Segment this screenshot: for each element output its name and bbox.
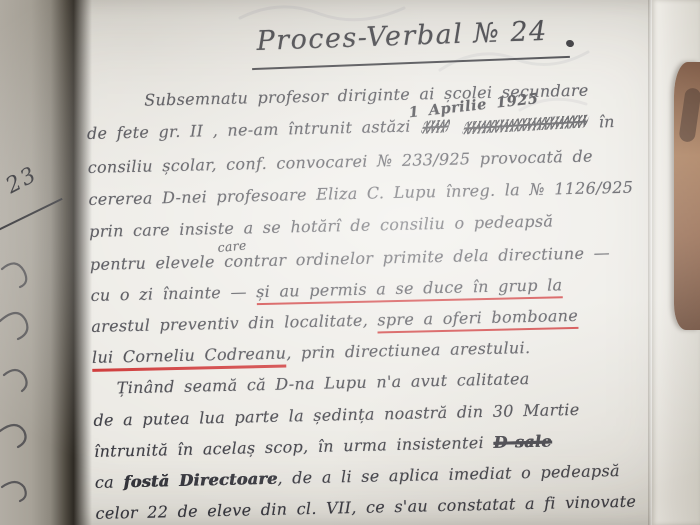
handwritten-line: consiliu școlar, conf. convocarei № 233/… <box>87 147 593 177</box>
line-text: contrar ordinelor primite dela directiun… <box>224 243 610 271</box>
handwritten-line: pentru elevele contrar ordinelor primite… <box>90 243 610 274</box>
line-text: în <box>599 112 615 131</box>
document-body: Subsemnatu profesor diriginte ai școlei … <box>86 79 661 92</box>
scribbled-out-word <box>420 119 451 134</box>
line-text: de fete gr. II , ne-am întrunit astăzi <box>87 117 411 143</box>
line-text: ca <box>95 472 115 491</box>
handwritten-line: întrunită în acelaș scop, în urma insist… <box>94 432 552 461</box>
handwritten-document-photo: 23 Proces-Verbal № 24 Subsemnatu profeso… <box>0 0 700 525</box>
line-text: arestul preventiv din localitate, <box>91 311 368 336</box>
handwritten-line: de fete gr. II , ne-am întrunit astăzi î… <box>87 112 615 143</box>
left-page-edge <box>0 0 92 525</box>
overwritten-bold-text: fostă Directoare <box>123 469 277 491</box>
handwritten-line: de a putea lua parte la ședința noastră … <box>93 400 579 430</box>
handwritten-line: Ținând seamă că D-na Lupu n'a avut calit… <box>117 369 530 397</box>
red-underlined-text: lui Corneliu Codreanu <box>92 344 287 372</box>
title-underline <box>252 56 570 70</box>
line-text: , prin directiunea arestului. <box>286 338 531 363</box>
handwritten-line: celor 22 de eleve din cl. VII, ce s'au c… <box>95 492 636 523</box>
handwritten-line: arestul preventiv din localitate, spre a… <box>91 306 578 336</box>
interlinear-word-insertion: care <box>217 237 247 255</box>
handwritten-line: ca fostă Directoare, de a li se aplica i… <box>95 461 620 492</box>
document-title: Proces-Verbal № 24 <box>256 16 548 57</box>
line-text: cu o zi înainte — <box>90 282 247 305</box>
line-text: , de a li se aplica imediat o pedeapsă <box>277 461 620 488</box>
handwritten-line: prin care insiste a se hotărî de consili… <box>89 211 553 241</box>
crossed-out-word: D-sale <box>493 432 552 452</box>
handwritten-line: cu o zi înainte — și au permis a se duce… <box>90 275 562 305</box>
scribbled-out-word <box>461 114 590 134</box>
handwritten-line: lui Corneliu Codreanu, prin directiunea … <box>92 338 531 367</box>
line-text: întrunită în acelaș scop, în urma insist… <box>94 433 484 461</box>
handwritten-line: cererea D-nei profesoare Eliza C. Lupu î… <box>88 178 633 209</box>
red-underlined-text: spre a oferi bomboane <box>377 306 578 334</box>
red-underlined-text: și au permis a se duce în grup la <box>256 275 563 305</box>
ink-dot <box>565 39 575 48</box>
line-text: pentru elevele <box>90 252 215 274</box>
